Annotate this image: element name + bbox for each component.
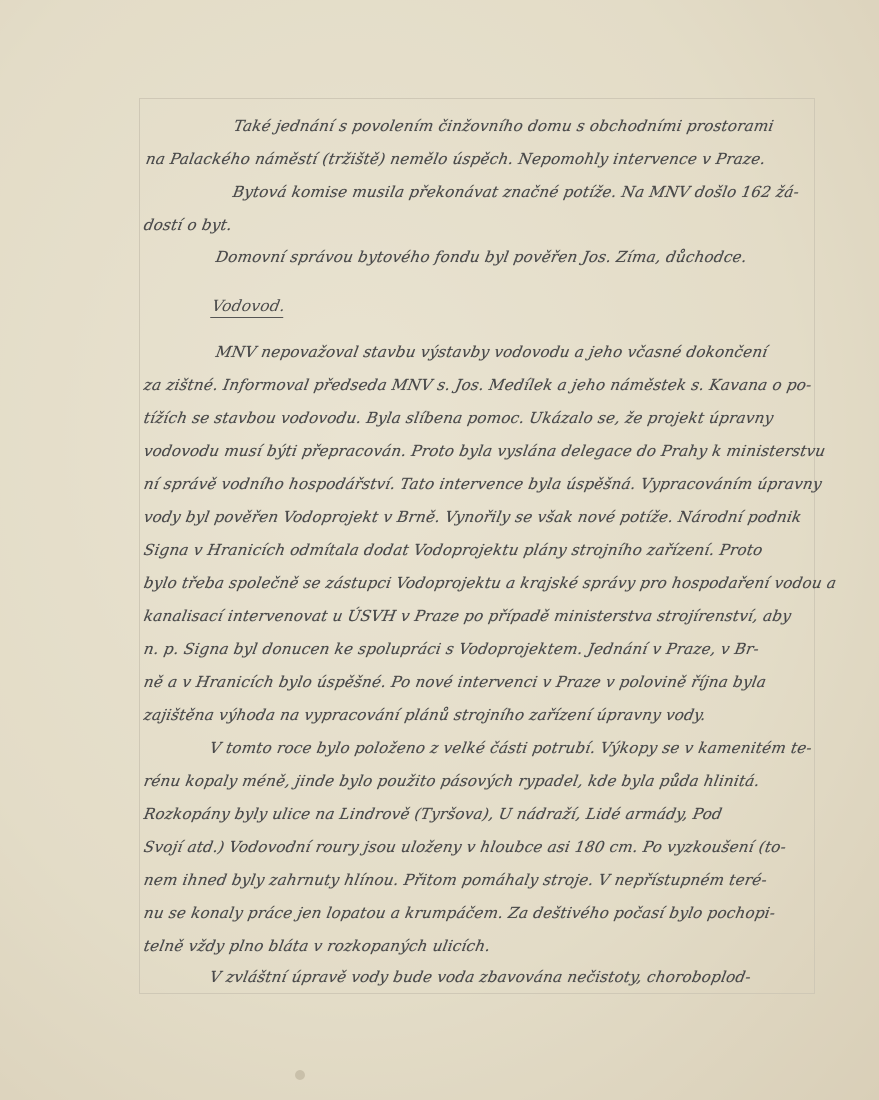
text-line: Domovní správou bytového fondu byl pověř… <box>214 248 748 266</box>
text-line: kanalisací intervenovat u ÚSVH v Praze p… <box>142 607 792 625</box>
section-heading: Vodovod. <box>210 297 287 318</box>
text-line: MNV nepovažoval stavbu výstavby vodovodu… <box>214 343 769 361</box>
text-line: V zvláštní úpravě vody bude voda zbavová… <box>208 968 752 986</box>
text-line: vodovodu musí býti přepracován. Proto by… <box>142 442 827 460</box>
text-line: zajištěna výhoda na vypracování plánů st… <box>142 706 707 724</box>
text-line: dostí o byt. <box>142 216 233 234</box>
paper-smudge <box>295 1070 305 1080</box>
text-line: n. p. Signa byl donucen ke spolupráci s … <box>142 640 760 658</box>
text-line: na Palackého náměstí (tržiště) nemělo ús… <box>144 150 767 168</box>
text-line: tížích se stavbou vodovodu. Byla slíbena… <box>142 409 775 427</box>
text-line: V tomto roce bylo položeno z velké části… <box>208 739 813 757</box>
text-line: Bytová komise musila překonávat značné p… <box>231 183 800 201</box>
text-line: rénu kopaly méně, jinde bylo použito pás… <box>142 772 761 790</box>
text-line: ně a v Hranicích bylo úspěšné. Po nové i… <box>142 673 767 691</box>
text-line: za zištné. Informoval předseda MNV s. Jo… <box>142 376 813 394</box>
text-line: Rozkopány byly ulice na Lindrově (Tyršov… <box>142 805 723 823</box>
text-line: nu se konaly práce jen lopatou a krumpáč… <box>142 904 776 922</box>
text-line: bylo třeba společně se zástupci Vodoproj… <box>142 574 837 592</box>
text-line: vody byl pověřen Vodoprojekt v Brně. Vyn… <box>142 508 803 526</box>
text-line: telně vždy plno bláta v rozkopaných ulic… <box>142 937 492 955</box>
text-line: Svojí atd.) Vodovodní roury jsou uloženy… <box>142 838 787 856</box>
text-line: Signa v Hranicích odmítala dodat Vodopro… <box>142 541 764 559</box>
text-line: nem ihned byly zahrnuty hlínou. Přitom p… <box>142 871 768 889</box>
text-line: ní správě vodního hospodářství. Tato int… <box>142 475 823 493</box>
text-line: Také jednání s povolením činžovního domu… <box>232 117 775 135</box>
